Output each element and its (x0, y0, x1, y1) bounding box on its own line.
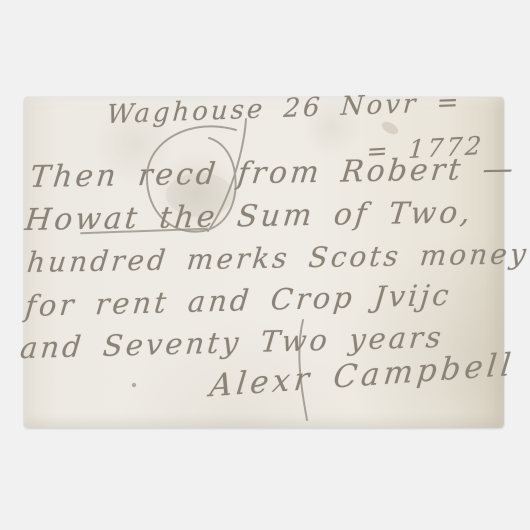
product-backdrop: Waghouse 26 Novr = = 1772 Then recd from… (0, 0, 530, 530)
small-smudge (380, 119, 401, 137)
ink-dot (132, 383, 136, 387)
